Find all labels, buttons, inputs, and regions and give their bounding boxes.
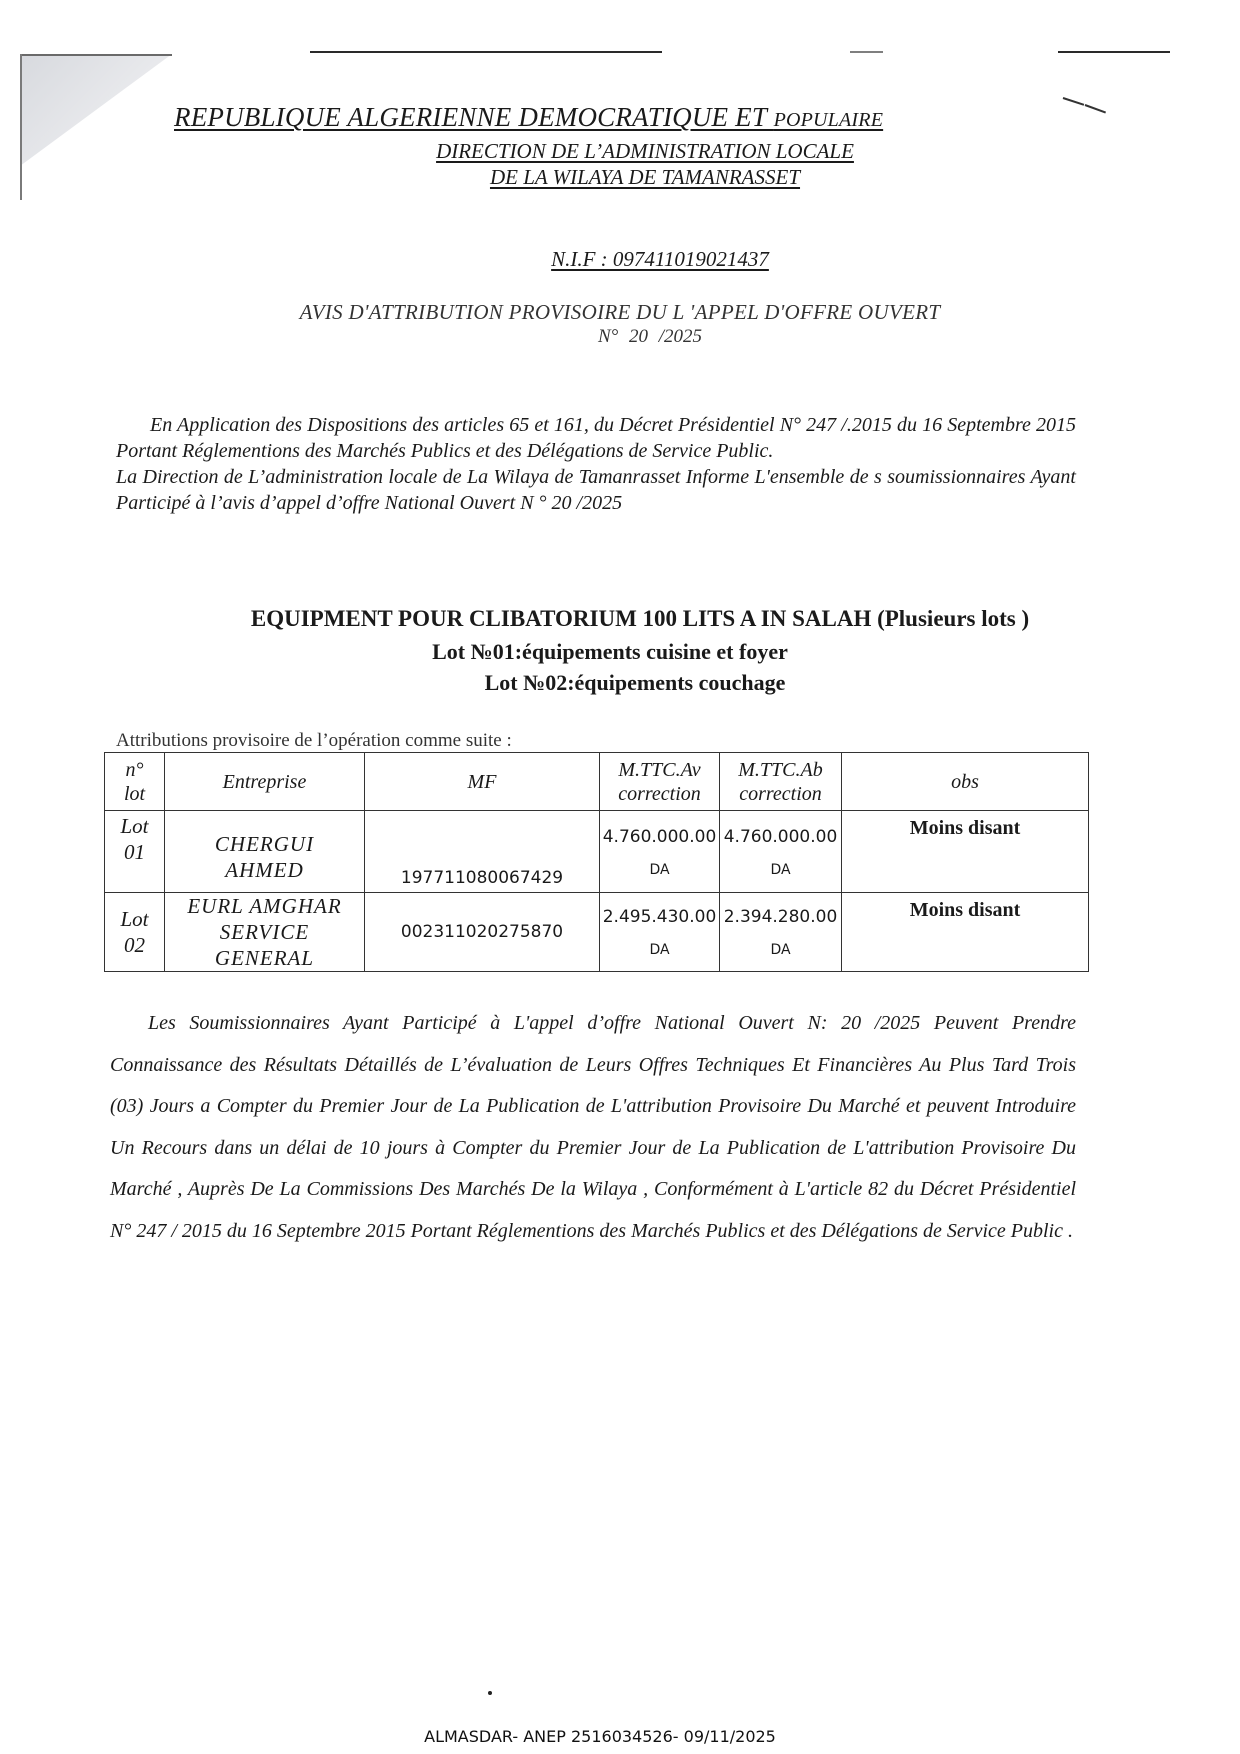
direction-title: DIRECTION DE L’ADMINISTRATION LOCALE (0, 139, 1240, 164)
header-mf: MF (365, 753, 600, 811)
nif-number: N.I.F : 097411019021437 (0, 247, 1240, 272)
cell-montant-avant: 2.495.430.00DA (600, 893, 720, 972)
closing-text: Les Soumissionnaires Ayant Participé à L… (110, 1003, 1076, 1252)
wilaya-title: DE LA WILAYA DE TAMANRASSET (0, 165, 1240, 190)
header-av-line: M.TTC.Av (618, 759, 700, 781)
republic-title-suffix: POPULAIRE (774, 109, 884, 131)
entreprise-name-line: EURL AMGHAR (187, 894, 341, 918)
currency-label: DA (720, 935, 841, 965)
table-header-row: n°lot Entreprise MF M.TTC.Avcorrection M… (105, 753, 1089, 811)
republic-title: REPUBLIQUE ALGERIENNE DEMOCRATIQUE ET PO… (174, 102, 883, 133)
cell-mf: 197711080067429 (365, 811, 600, 893)
entreprise-name-line: AHMED (225, 858, 303, 882)
header-montant-avant: M.TTC.Avcorrection (600, 753, 720, 811)
lot-label: Lot (120, 907, 148, 931)
header-montant-apres: M.TTC.Abcorrection (720, 753, 842, 811)
currency-label: DA (600, 855, 719, 885)
intro-paragraph: La Direction de L’administration locale … (116, 464, 1076, 516)
cell-montant-apres: 4.760.000.00DA (720, 811, 842, 893)
amount-value: 2.495.430.00 (603, 907, 717, 927)
entreprise-name-line: SERVICE (220, 920, 309, 944)
republic-title-main: REPUBLIQUE ALGERIENNE DEMOCRATIQUE ET (174, 102, 774, 132)
amount-value: 2.394.280.00 (724, 907, 838, 927)
scan-top-rule (310, 51, 662, 53)
currency-label: DA (600, 935, 719, 965)
cell-lot: Lot02 (105, 893, 165, 972)
header-lot: n°lot (105, 753, 165, 811)
amount-value: 4.760.000.00 (603, 827, 717, 847)
subject-title: EQUIPMENT POUR CLIBATORIUM 100 LITS A IN… (0, 606, 1240, 632)
header-lot-line: lot (124, 783, 145, 805)
entreprise-name-line: CHERGUI (215, 832, 314, 856)
header-obs: obs (842, 753, 1089, 811)
amount-value: 4.760.000.00 (724, 827, 838, 847)
intro-paragraph: En Application des Dispositions des arti… (116, 412, 1076, 464)
cell-obs: Moins disant (842, 893, 1089, 972)
publication-reference: ALMASDAR- ANEP 2516034526- 09/11/2025 (0, 1727, 1240, 1746)
scan-top-rule (850, 51, 883, 53)
table-row: Lot01 CHERGUIAHMED 197711080067429 4.760… (105, 811, 1089, 893)
cell-montant-avant: 4.760.000.00DA (600, 811, 720, 893)
scan-speck (488, 1691, 492, 1695)
table-row: Lot02 EURL AMGHARSERVICEGENERAL 00231102… (105, 893, 1089, 972)
lot-label: Lot (120, 814, 148, 838)
cell-entreprise: CHERGUIAHMED (165, 811, 365, 893)
scan-corner-edge (20, 54, 172, 56)
header-lot-line: n° (126, 759, 144, 781)
header-av-line: correction (618, 783, 701, 805)
attribution-table: n°lot Entreprise MF M.TTC.Avcorrection M… (104, 752, 1089, 972)
scan-mark (1063, 97, 1085, 106)
header-ab-line: correction (739, 783, 822, 805)
scan-top-rule (1058, 51, 1170, 53)
cell-mf: 002311020275870 (365, 893, 600, 972)
closing-paragraph: Les Soumissionnaires Ayant Participé à L… (110, 1003, 1076, 1252)
cell-lot: Lot01 (105, 811, 165, 893)
entreprise-name-line: GENERAL (215, 946, 314, 970)
cell-entreprise: EURL AMGHARSERVICEGENERAL (165, 893, 365, 972)
currency-label: DA (720, 855, 841, 885)
cell-obs: Moins disant (842, 811, 1089, 893)
lot-number: 02 (124, 933, 145, 957)
table-caption: Attributions provisoire de l’opération c… (116, 730, 512, 752)
scan-mark (1085, 104, 1106, 113)
header-entreprise: Entreprise (165, 753, 365, 811)
lot-1-description: Lot №01:équipements cuisine et foyer (0, 639, 1240, 665)
lot-number: 01 (124, 840, 145, 864)
cell-montant-apres: 2.394.280.00DA (720, 893, 842, 972)
notice-title: AVIS D'ATTRIBUTION PROVISOIRE DU L 'APPE… (0, 300, 1240, 325)
header-ab-line: M.TTC.Ab (738, 759, 822, 781)
lot-2-description: Lot №02:équipements couchage (0, 670, 1240, 696)
intro-text: En Application des Dispositions des arti… (116, 412, 1076, 516)
notice-number: N° 20 /2025 (0, 326, 1240, 348)
